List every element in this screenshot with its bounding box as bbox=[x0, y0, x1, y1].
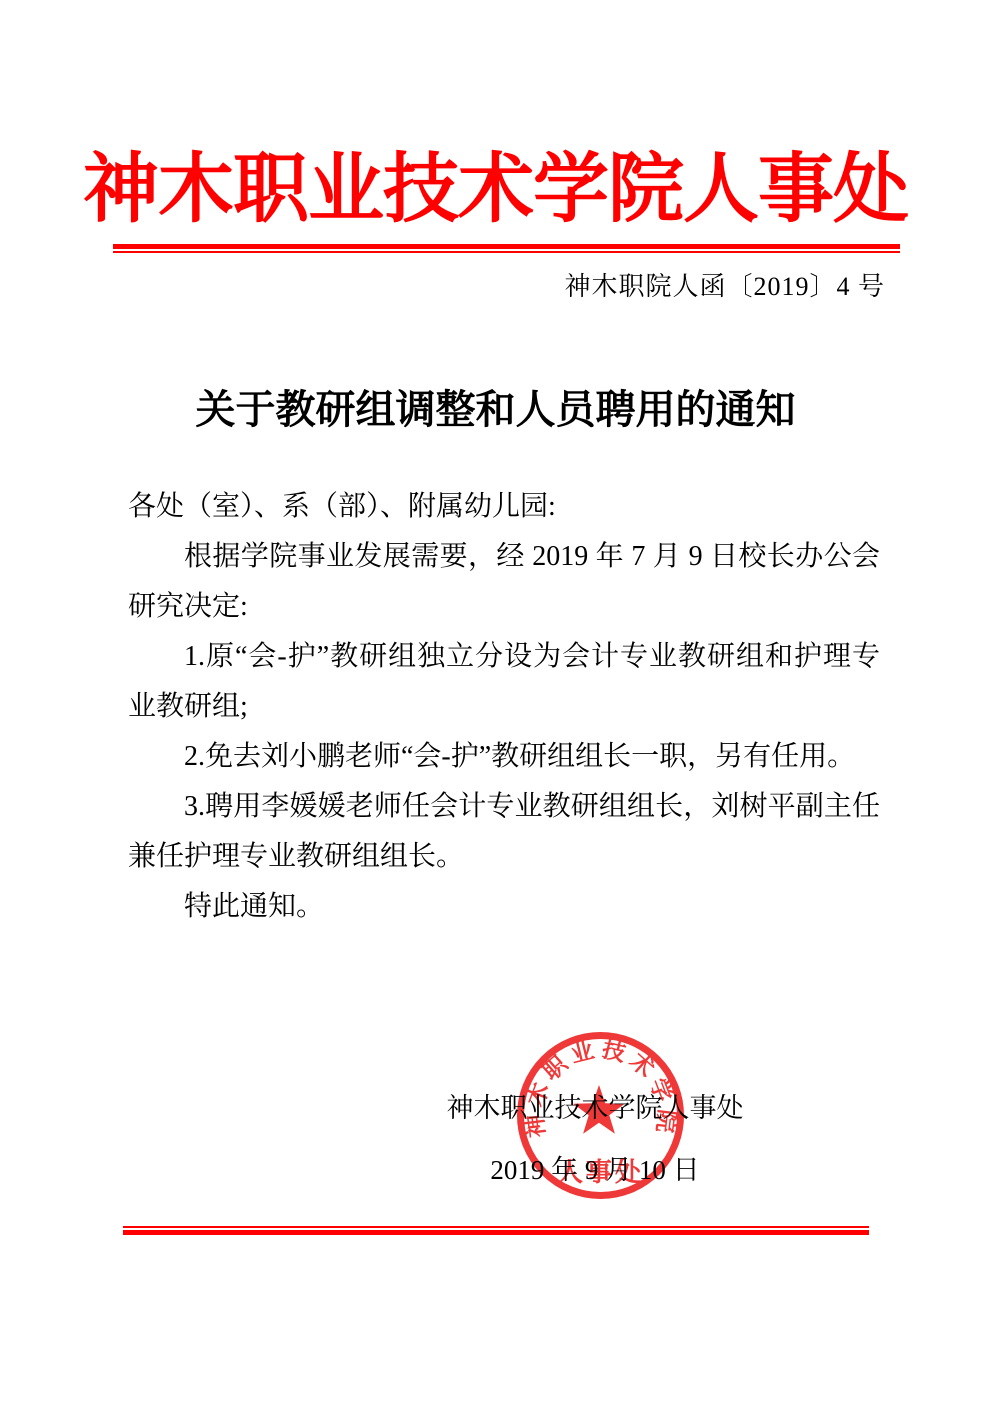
document-page: 神木职业技术学院人事处 神木职院人函〔2019〕4 号 关于教研组调整和人员聘用… bbox=[0, 0, 991, 1403]
body-paragraph-item-1: 1.原“会-护”教研组独立分设为会计专业教研组和护理专业教研组; bbox=[128, 632, 880, 732]
department-header-title: 神木职业技术学院人事处 bbox=[0, 128, 991, 237]
footer-divider-rule bbox=[123, 1226, 869, 1235]
document-number: 神木职院人函〔2019〕4 号 bbox=[564, 266, 885, 303]
body-paragraph-item-3: 3.聘用李媛媛老师任会计专业教研组组长，刘树平副主任兼任护理专业教研组组长。 bbox=[128, 782, 880, 882]
body-paragraph-closing: 特此通知。 bbox=[128, 882, 880, 932]
body-paragraph-basis: 根据学院事业发展需要，经 2019 年 7 月 9 日校长办公会研究决定: bbox=[128, 532, 880, 632]
body-paragraph-item-2: 2.免去刘小鹏老师“会-护”教研组组长一职，另有任用。 bbox=[128, 732, 880, 782]
notice-title: 关于教研组调整和人员聘用的通知 bbox=[0, 378, 991, 435]
footer-rule-thin-line bbox=[123, 1226, 869, 1228]
header-divider-rule bbox=[113, 244, 900, 253]
header-rule-thin-line bbox=[113, 251, 900, 253]
footer-rule-thick-line bbox=[123, 1230, 869, 1235]
signature-block: 神木职业技术学院人事处 2019 年 9 月 10 日 bbox=[400, 1086, 790, 1187]
signature-org: 神木职业技术学院人事处 bbox=[400, 1086, 790, 1125]
signature-date: 2019 年 9 月 10 日 bbox=[400, 1148, 790, 1187]
salutation: 各处（室）、系（部）、附属幼儿园: bbox=[128, 482, 880, 532]
notice-body: 各处（室）、系（部）、附属幼儿园: 根据学院事业发展需要，经 2019 年 7 … bbox=[128, 482, 880, 932]
header-rule-thick-line bbox=[113, 244, 900, 249]
